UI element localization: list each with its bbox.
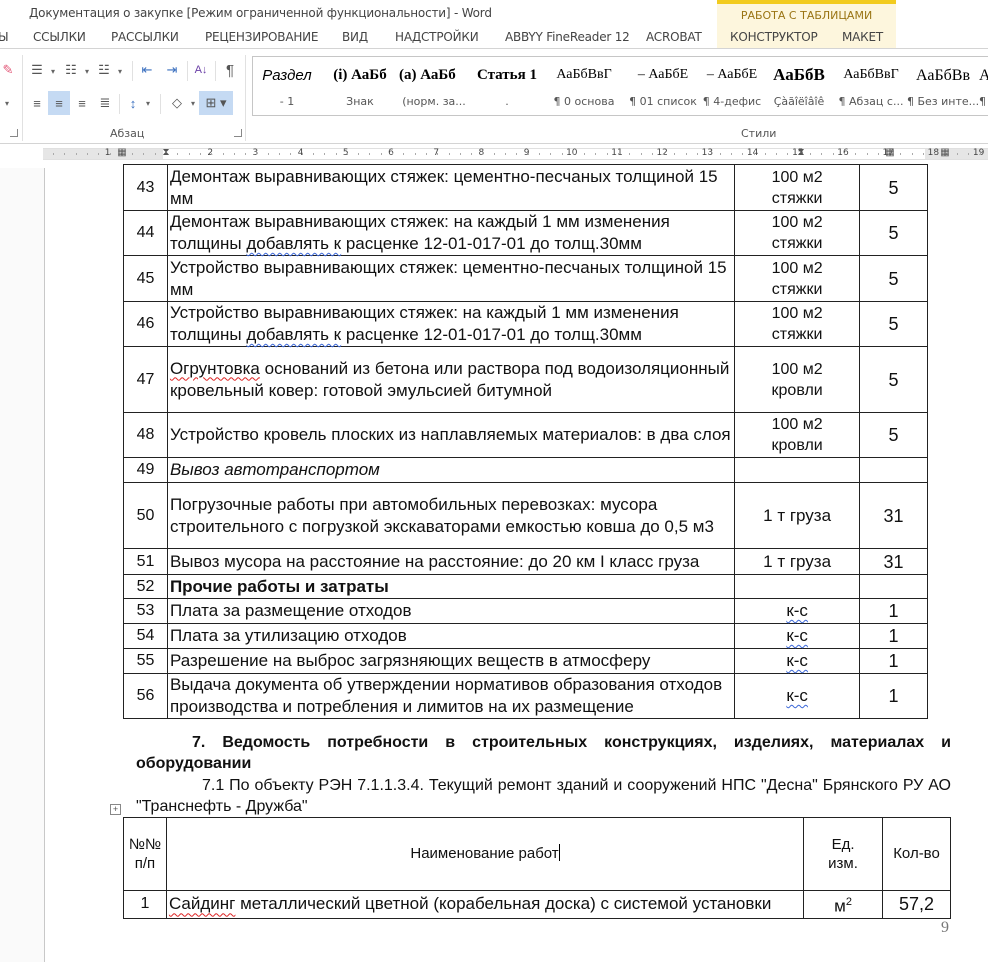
ruler-number: 11 [611, 148, 622, 158]
ruler-tick [595, 153, 596, 155]
ruler-tick [742, 153, 743, 155]
ruler-track[interactable]: 12345678910111213141516171819▦⧗⧗▦▦ [43, 148, 988, 160]
ruler-tick [200, 153, 201, 155]
ruler-tick [223, 153, 224, 155]
style-item[interactable]: – АаБбЕ ¶ 4-дефис [701, 57, 763, 115]
table-row: 52Прочие работы и затраты [124, 575, 928, 599]
align-center-icon[interactable]: ≡ [48, 91, 70, 115]
ruler-tick [302, 153, 303, 155]
style-item[interactable]: АаБбВв ¶ Без инте... [907, 57, 979, 115]
row-number: 52 [124, 575, 168, 599]
ruler-tick [87, 153, 88, 155]
row-name: Вывоз автотранспортом [167, 458, 734, 483]
ruler-tick [369, 153, 370, 155]
row-name: Прочие работы и затраты [167, 575, 734, 599]
ruler-tick [234, 153, 235, 155]
ruler-tick [968, 153, 969, 155]
ruler-tick [64, 153, 65, 155]
ruler-tick [358, 153, 359, 155]
works-table: 43Демонтаж выравнивающих стяжек: цементн… [123, 164, 928, 719]
ruler-tick [528, 153, 529, 155]
ruler-tick [562, 153, 563, 155]
context-group-label: РАБОТА С ТАБЛИЦАМИ [717, 9, 896, 22]
table-header-row: №№п/п Наименование работ Ед.изм. Кол-во [124, 818, 951, 891]
style-item[interactable]: (a) АаБб (норм. за... [399, 57, 469, 115]
row-qty: 5 [860, 211, 928, 256]
table-row: 43Демонтаж выравнивающих стяжек: цементн… [124, 165, 928, 211]
ruler-tick [336, 153, 337, 155]
column-marker-icon[interactable]: ▦ [940, 147, 949, 158]
decrease-indent-icon[interactable]: ⇤ [137, 60, 157, 80]
line-spacing-icon[interactable]: ↕ [123, 91, 143, 115]
ruler-tick [539, 153, 540, 155]
pilcrow-icon[interactable]: ¶ [221, 60, 239, 80]
row-unit: 100 м2стяжки [735, 165, 860, 211]
tab-addins[interactable]: НАДСТРОЙКИ [395, 30, 478, 44]
styles-gallery: Раздел - 1 (i) АаБб Знак (a) АаБб (норм.… [252, 56, 988, 116]
separator [132, 61, 133, 81]
ruler-tick [697, 153, 698, 155]
row-name: Сайдинг металлический цветной (корабельн… [166, 891, 803, 919]
table-row: 48Устройство кровель плоских из наплавля… [124, 413, 928, 458]
ruler-tick [143, 153, 144, 155]
row-unit: к-с [735, 649, 860, 674]
row-number: 47 [124, 347, 168, 413]
chevron-down-icon[interactable]: ▾ [5, 99, 9, 108]
ruler-tick [381, 153, 382, 155]
ruler-tick [652, 153, 653, 155]
align-right-icon[interactable]: ≡ [72, 91, 92, 115]
row-number: 45 [124, 256, 168, 302]
column-marker-icon[interactable]: ▦ [117, 147, 126, 158]
row-unit: 100 м2кровли [735, 347, 860, 413]
tab-view[interactable]: ВИД [342, 30, 368, 44]
ruler-tick [607, 153, 608, 155]
row-name: Устройство выравнивающих стяжек: цементн… [167, 256, 734, 302]
ruler-tick [821, 153, 822, 155]
table-move-handle-icon[interactable]: + [110, 804, 121, 815]
row-qty: 1 [860, 674, 928, 719]
ruler-tick [132, 153, 133, 155]
align-left-icon[interactable]: ≡ [27, 91, 47, 115]
ruler-tick [584, 153, 585, 155]
indent-marker-icon[interactable]: ⧗ [162, 147, 169, 158]
ruler-tick [245, 153, 246, 155]
ruler-tick [155, 153, 156, 155]
row-unit: к-с [735, 624, 860, 649]
ruler-tick [268, 153, 269, 155]
table-row: 47Огрунтовка оснований из бетона или рас… [124, 347, 928, 413]
paragraph-dialog-launcher-icon[interactable] [234, 129, 242, 137]
ruler-tick [460, 153, 461, 155]
ruler-tick [347, 153, 348, 155]
ruler-number: 19 [973, 148, 984, 158]
row-qty: 31 [860, 549, 928, 575]
ruler-tick [844, 153, 845, 155]
header-name[interactable]: Наименование работ [166, 818, 803, 891]
page-number: 9 [941, 919, 949, 937]
row-unit: 1 т груза [735, 549, 860, 575]
ruler-tick [189, 153, 190, 155]
row-number: 55 [124, 649, 168, 674]
style-item[interactable]: АаБбВвГ ¶ Абзац с... [835, 57, 907, 115]
row-number: 44 [124, 211, 168, 256]
tab-acrobat[interactable]: ACROBAT [646, 30, 702, 44]
numbering-icon[interactable]: ☷ [62, 60, 80, 80]
right-indent-marker-icon[interactable]: ⧗ [797, 147, 804, 158]
ruler-tick [867, 153, 868, 155]
row-unit: 1 т груза [735, 483, 860, 549]
page-left-margin [0, 168, 45, 962]
paragraph-group-label: Абзац [110, 127, 144, 140]
ruler-tick [674, 153, 675, 155]
ruler-tick [618, 153, 619, 155]
ruler-tick [912, 153, 913, 155]
ruler-tick [731, 153, 732, 155]
ruler-tick [437, 153, 438, 155]
ruler-left-margin [43, 149, 163, 159]
style-item[interactable]: Раздел - 1 [253, 57, 321, 115]
ruler-tick [754, 153, 755, 155]
group-separator [245, 55, 246, 141]
separator [119, 94, 120, 114]
font-dialog-launcher-icon[interactable] [10, 129, 18, 137]
table-row: 44Демонтаж выравнивающих стяжек: на кажд… [124, 211, 928, 256]
materials-table: №№п/п Наименование работ Ед.изм. Кол-во … [123, 817, 951, 919]
tab-table-design[interactable]: КОНСТРУКТОР [730, 30, 818, 44]
row-unit: к-с [735, 599, 860, 624]
ruler-tick [415, 153, 416, 155]
chevron-down-icon[interactable]: ▾ [191, 99, 195, 108]
style-item[interactable]: АаБбВвГ ¶ 0 основа [543, 57, 625, 115]
ruler-tick [855, 153, 856, 155]
ruler-tick [449, 153, 450, 155]
row-qty: 1 [860, 624, 928, 649]
table-row: 50Погрузочные работы при автомобильных п… [124, 483, 928, 549]
row-qty [860, 458, 928, 483]
table-row: 45Устройство выравнивающих стяжек: цемен… [124, 256, 928, 302]
ruler-tick [776, 153, 777, 155]
ruler-tick [290, 153, 291, 155]
row-name: Плата за размещение отходов [167, 599, 734, 624]
ruler-tick [516, 153, 517, 155]
row-unit [735, 458, 860, 483]
row-name: Погрузочные работы при автомобильных пер… [167, 483, 734, 549]
row-qty: 5 [860, 347, 928, 413]
row-number: 50 [124, 483, 168, 549]
row-qty: 5 [860, 256, 928, 302]
header-unit: Ед.изм. [804, 818, 883, 891]
row-name: Демонтаж выравнивающих стяжек: на каждый… [167, 211, 734, 256]
row-number: 46 [124, 302, 168, 347]
ruler-tick [482, 153, 483, 155]
header-qty: Кол-во [883, 818, 951, 891]
ruler-tick [76, 153, 77, 155]
ruler-tick [686, 153, 687, 155]
row-name: Плата за утилизацию отходов [167, 624, 734, 649]
ruler-tick [211, 153, 212, 155]
styles-group-label: Стили [741, 127, 776, 140]
chevron-down-icon[interactable]: ▾ [85, 67, 89, 76]
ruler-tick [313, 153, 314, 155]
row-unit: к-с [735, 674, 860, 719]
row-unit: 100 м2кровли [735, 413, 860, 458]
bullets-icon[interactable]: ☰ [28, 60, 46, 80]
separator [160, 94, 161, 114]
ruler-tick [787, 153, 788, 155]
ribbon-tabs: Ы ССЫЛКИ РАССЫЛКИ РЕЦЕНЗИРОВАНИЕ ВИД НАД… [0, 26, 988, 48]
window-title: Документация о закупке [Режим ограниченн… [29, 6, 492, 20]
row-number: 43 [124, 165, 168, 211]
multilevel-list-icon[interactable]: ☳ [95, 60, 113, 80]
row-number: 56 [124, 674, 168, 719]
document-page-area[interactable]: 43Демонтаж выравнивающих стяжек: цементн… [0, 168, 988, 962]
ruler-tick [324, 153, 325, 155]
row-number: 48 [124, 413, 168, 458]
row-unit: 100 м2стяжки [735, 211, 860, 256]
ruler-tick [573, 153, 574, 155]
ruler-number: 10 [566, 148, 577, 158]
table-row: 54Плата за утилизацию отходовк-с1 [124, 624, 928, 649]
ruler-tick [833, 153, 834, 155]
sort-icon[interactable]: A↓ [191, 60, 211, 80]
ruler-tick [110, 153, 111, 155]
style-item[interactable]: – АаБбЕ ¶ 01 список [625, 57, 701, 115]
increase-indent-icon[interactable]: ⇥ [162, 60, 182, 80]
row-unit: 100 м2стяжки [735, 256, 860, 302]
table-row: 1 Сайдинг металлический цветной (корабел… [124, 891, 951, 919]
ruler-tick [256, 153, 257, 155]
table-row: 55Разрешение на выброс загрязняющих веще… [124, 649, 928, 674]
ruler-number: 14 [747, 148, 758, 158]
ruler-tick [392, 153, 393, 155]
chevron-down-icon[interactable]: ▾ [118, 67, 122, 76]
ruler-tick [900, 153, 901, 155]
ruler-tick [279, 153, 280, 155]
style-item[interactable]: АаБбВ Çàãîëîâîê [763, 57, 835, 115]
row-name: Разрешение на выброс загрязняющих вещест… [167, 649, 734, 674]
ruler-tick [505, 153, 506, 155]
row-qty [860, 575, 928, 599]
ruler-tick [810, 153, 811, 155]
style-item[interactable]: А ¶ I [979, 57, 988, 115]
row-qty: 5 [860, 165, 928, 211]
table-row: 49Вывоз автотранспортом [124, 458, 928, 483]
tab-table-layout[interactable]: МАКЕТ [842, 30, 883, 44]
ruler-tick [403, 153, 404, 155]
ruler-tick [923, 153, 924, 155]
row-name: Устройство кровель плоских из наплавляем… [167, 413, 734, 458]
ruler-tick [494, 153, 495, 155]
ruler-tick [550, 153, 551, 155]
row-name: Вывоз мусора на расстояние на расстояние… [167, 549, 734, 575]
row-qty: 1 [860, 649, 928, 674]
table-row: 51Вывоз мусора на расстояние на расстоян… [124, 549, 928, 575]
table-row: 56Выдача документа об утверждении нормат… [124, 674, 928, 719]
tab-review[interactable]: РЕЦЕНЗИРОВАНИЕ [205, 30, 318, 44]
row-unit: 100 м2стяжки [735, 302, 860, 347]
ruler-tick [471, 153, 472, 155]
section-7-heading: 7. Ведомость потребности в строительных … [136, 732, 951, 774]
row-qty: 57,2 [883, 891, 951, 919]
header-num: №№п/п [124, 818, 167, 891]
row-qty: 1 [860, 599, 928, 624]
row-unit [735, 575, 860, 599]
row-name: Выдача документа об утверждении норматив… [167, 674, 734, 719]
tab-mailings[interactable]: РАССЫЛКИ [111, 30, 179, 44]
justify-icon[interactable]: ≣ [95, 91, 115, 115]
tab-partial[interactable]: Ы [0, 30, 8, 44]
row-qty: 31 [860, 483, 928, 549]
shading-icon[interactable]: ◇ [166, 91, 188, 115]
ribbon: ✎ ▾ ☰ ▾ ☷ ▾ ☳ ▾ ⇤ ⇥ A↓ ¶ ≡ ≡ ≡ ≣ ↕ ▾ ◇ ▾… [0, 49, 988, 144]
row-number: 49 [124, 458, 168, 483]
ruler-tick [720, 153, 721, 155]
ruler-tick [878, 153, 879, 155]
row-number: 54 [124, 624, 168, 649]
table-row: 53Плата за размещение отходовк-с1 [124, 599, 928, 624]
ruler-number: 6 [388, 148, 394, 158]
ruler-tick [980, 153, 981, 155]
clear-formatting-icon[interactable]: ✎ [0, 59, 16, 81]
column-marker-icon[interactable]: ▦ [885, 147, 894, 158]
ruler-tick [98, 153, 99, 155]
row-number: 53 [124, 599, 168, 624]
row-qty: 5 [860, 302, 928, 347]
style-item[interactable]: Статья 1 . [473, 57, 541, 115]
ruler-tick [53, 153, 54, 155]
ruler-tick [177, 153, 178, 155]
row-number: 51 [124, 549, 168, 575]
style-item[interactable]: (i) АаБб Знак [325, 57, 395, 115]
separator [215, 61, 216, 81]
separator [187, 61, 188, 81]
row-name: Демонтаж выравнивающих стяжек: цементно-… [167, 165, 734, 211]
chevron-down-icon[interactable]: ▾ [146, 99, 150, 108]
section-7-1-paragraph: 7.1 По объекту РЭН 7.1.1.3.4. Текущий ре… [136, 775, 951, 817]
chevron-down-icon[interactable]: ▾ [51, 67, 55, 76]
borders-icon[interactable]: ⊞ ▾ [199, 91, 233, 115]
ruler-tick [641, 153, 642, 155]
row-name: Устройство выравнивающих стяжек: на кажд… [167, 302, 734, 347]
text-cursor [559, 844, 560, 861]
ruler-tick [663, 153, 664, 155]
ruler-number: 16 [837, 148, 848, 158]
row-unit: м2 [804, 891, 883, 919]
ruler-tick [629, 153, 630, 155]
ruler-tick [957, 153, 958, 155]
word-window: Документация о закупке [Режим ограниченн… [0, 0, 988, 962]
table-row: 46Устройство выравнивающих стяжек: на ка… [124, 302, 928, 347]
ruler-tick [708, 153, 709, 155]
tab-abbyy[interactable]: ABBYY FineReader 12 [505, 30, 630, 44]
ruler-tick [426, 153, 427, 155]
group-separator [22, 55, 23, 141]
ruler-tick [934, 153, 935, 155]
ruler-tick [765, 153, 766, 155]
row-qty: 5 [860, 413, 928, 458]
row-name: Огрунтовка оснований из бетона или раств… [167, 347, 734, 413]
tab-references[interactable]: ССЫЛКИ [33, 30, 86, 44]
